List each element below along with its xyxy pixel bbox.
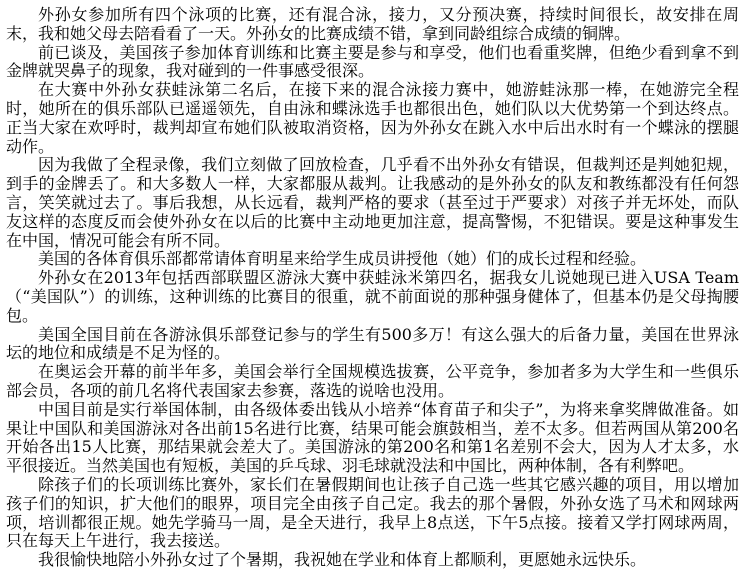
paragraph: 因为我做了全程录像，我们立刻做了回放检查，几乎看不出外孙女有错误，但裁判还是判她…: [6, 156, 739, 250]
paragraph: 外孙女在2013年包括西部联盟区游泳大赛中获蛙泳米第四名，据我女儿说她现已进入U…: [6, 269, 739, 325]
paragraph: 美国全国目前在各游泳俱乐部登记参与的学生有500多万！有这么强大的后备力量，美国…: [6, 326, 739, 364]
paragraph: 中国目前是实行举国体制，由各级体委出钱从小培养“体育苗子和尖子”，为将来拿奖牌做…: [6, 401, 739, 476]
paragraph: 外孙女参加所有四个泳项的比赛，还有混合泳，接力，又分预决赛，持续时间很长，故安排…: [6, 6, 739, 44]
paragraph: 除孩子们的长项训练比赛外，家长们在暑假期间也让孩子自己选一些其它感兴趣的项目，用…: [6, 476, 739, 551]
paragraph: 在奥运会开幕的前半年多，美国会举行全国规模选拔赛，公平竞争，参加者多为大学生和一…: [6, 363, 739, 401]
paragraph: 我很愉快地陪小外孙女过了个暑期，我祝她在学业和体育上都顺利，更愿她永远快乐。: [6, 551, 739, 570]
document-page: 外孙女参加所有四个泳项的比赛，还有混合泳，接力，又分预决赛，持续时间很长，故安排…: [0, 0, 745, 588]
paragraph: 美国的各体育俱乐部都常请体育明星来给学生成员讲授他（她）们的成长过程和经验。: [6, 250, 739, 269]
paragraph: 在大赛中外孙女获蛙泳第二名后，在接下来的混合泳接力赛中，她游蛙泳那一棒，在她游完…: [6, 81, 739, 156]
paragraph: 前已谈及，美国孩子参加体育训练和比赛主要是参与和享受，他们也看重奖牌，但绝少看到…: [6, 44, 739, 82]
